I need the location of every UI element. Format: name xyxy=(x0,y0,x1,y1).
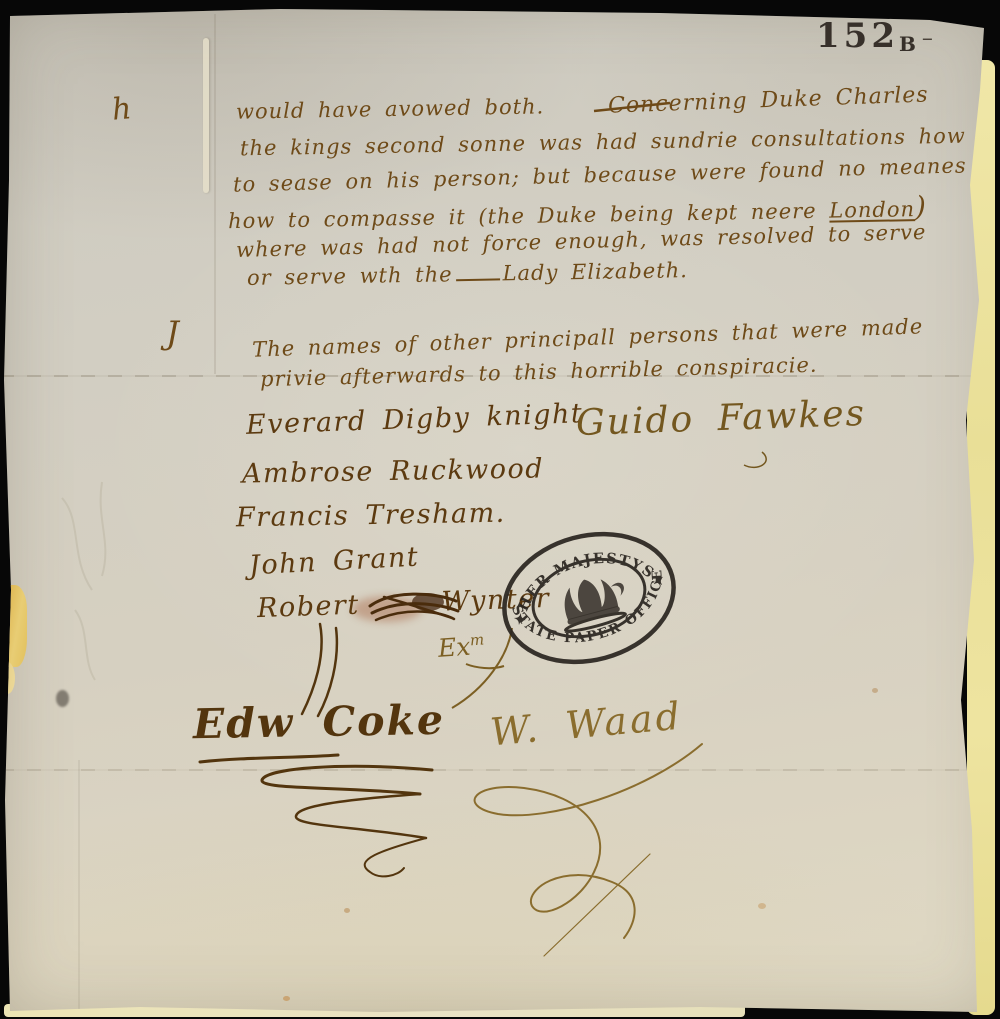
repair-tape-stain xyxy=(0,585,27,667)
foxing-spot-4 xyxy=(872,688,878,693)
manuscript-page: 152B– h J would have avowed both. Concer… xyxy=(0,0,1000,1019)
paper-scar xyxy=(203,38,209,193)
guido-fawkes-signature: Guido Fawkes xyxy=(575,393,866,444)
margin-mark-1: h xyxy=(111,91,133,128)
foxing-spot-3 xyxy=(758,903,766,909)
para1-line4-underlined-word: London xyxy=(829,197,915,222)
margin-mark-2: J xyxy=(166,314,179,352)
william-waad-signature: W. Waad xyxy=(488,694,684,755)
foxing-spot-2 xyxy=(344,908,350,913)
state-paper-office-stamp: ✦HER MAJESTYS✦ STATE PAPER OFFICE xyxy=(479,506,699,690)
folio-suffix: B xyxy=(899,32,916,56)
waad-signature-flourish xyxy=(475,744,702,956)
para2-line1: The names of other principall persons th… xyxy=(252,314,924,361)
edward-coke-signature: Edw Coke xyxy=(193,696,446,748)
fawkes-signature-tail xyxy=(744,452,766,467)
scribble-gap xyxy=(360,611,442,614)
conspirator-name-digby: Everard Digby knight xyxy=(246,398,584,441)
dark-spot xyxy=(56,690,69,707)
pen-stroke-gap xyxy=(455,264,499,281)
examined-mark: Exm xyxy=(437,630,486,663)
para1-line1-right: Concerning Duke Charles xyxy=(608,82,929,118)
examined-mark-text: Ex xyxy=(437,632,471,663)
examined-mark-superscript: m xyxy=(469,630,484,649)
para1-line4-paren: ) xyxy=(915,190,928,223)
folio-dash: – xyxy=(922,26,933,51)
ink-bleedthrough xyxy=(62,482,105,680)
repair-tape-stain-small xyxy=(0,662,15,694)
conspirator-name-tresham: Francis Tresham. xyxy=(236,498,506,534)
stamp-oval-icon: ✦HER MAJESTYS✦ STATE PAPER OFFICE xyxy=(479,506,699,690)
coke-signature-flourish xyxy=(200,624,432,876)
folio-digits: 152 xyxy=(816,16,899,56)
manuscript-scan: 152B– h J would have avowed both. Concer… xyxy=(0,0,1000,1019)
para1-line6: or serve wth theLady Elizabeth. xyxy=(247,258,688,290)
para1-line6-pre: or serve wth the xyxy=(247,262,453,290)
conspirator-name-rookwood: Ambrose Ruckwood xyxy=(242,453,545,489)
fold-crease-horizontal-2 xyxy=(0,769,1000,771)
folio-number: 152B– xyxy=(816,16,933,56)
para1-line1-left: would have avowed both. xyxy=(236,94,545,123)
fold-crease-vertical-2 xyxy=(78,760,80,1010)
fold-crease-vertical-1 xyxy=(214,14,216,374)
para1-line2: the kings second sonne was had sundrie c… xyxy=(240,124,966,161)
foxing-spot-1 xyxy=(283,996,290,1001)
para1-line6-main: Lady Elizabeth. xyxy=(502,258,688,285)
conspirator-name-grant: John Grant xyxy=(248,542,420,582)
wynter-first-name: Robert xyxy=(257,590,361,625)
